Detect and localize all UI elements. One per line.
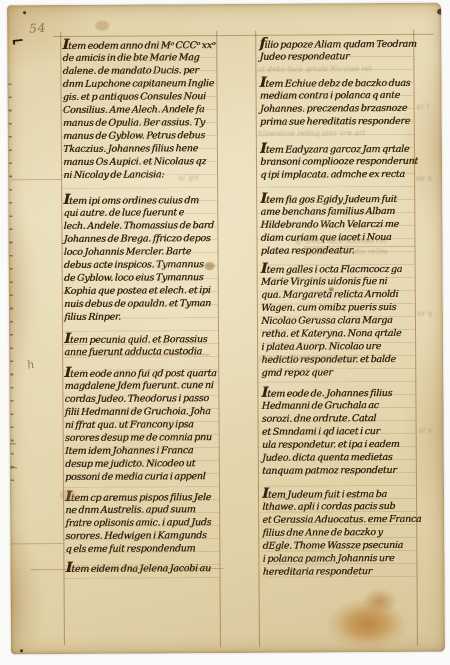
faint-smudge [95,21,109,31]
text-line: Tkaczius. Johannes filius hene [63,142,221,156]
bleedthrough-text: de b [416,175,438,183]
text-line: gmd repoz quer [261,366,417,380]
text-line: retha. et Kateryna. Nona qrtale [261,327,417,341]
text-line: Judeo respondeatur [259,50,415,64]
text-line: Item galles i octa Flacmcocz ga [261,262,417,276]
text-line: sorores. Hedwigen i Kamgunds [65,529,223,543]
manuscript-paragraph: Item eodem anno dni Mᵒ CCCᵒ xxᵒde amicis… [62,38,221,182]
text-line: Item eidem dna Jelena Jacobi au [66,561,224,575]
text-line: sorozi. dne ordrute. Catal [262,412,418,426]
text-line: fratre oplisonis amic. i apud Juds [65,516,223,530]
text-line: gis. et p antiquos Consules Noui [63,90,221,104]
margin-rule-segment [11,179,61,180]
text-line: Item pecunia quid. et Borassius [64,332,222,346]
text-line: nuis debus de opauldn. et Tyman [64,297,222,311]
text-line: Item eode de. Johannes filius [261,386,417,400]
bleedthrough-text: ur q [417,310,439,318]
text-line: Hildebrando Wach Velarczi me [260,218,416,232]
text-line: Wagen. cum omibz pueris suis [261,301,417,315]
text-line: qui autre. de luce fuerunt e [63,206,221,220]
ruling-lines [7,3,441,6]
text-line: possoni de media curia i appenl [65,470,223,484]
text-line: cordas Judeo. Theodorus i passo [64,392,222,406]
text-line: Johannes de Brega. ffriczo depos [63,232,221,246]
text-line: mediam contra i polanca q ante [260,89,416,103]
small-stain [329,287,334,291]
text-line: Item eodem anno dni Mᵒ CCCᵒ xxᵒ [62,38,220,52]
text-line: filio papoze Aliam qudam Teodram [259,37,415,51]
text-line: Item cp aremus pispos filius Jele [65,490,223,504]
text-line: ame benchans familius Albam [260,205,416,219]
text-line: dnm Lupchone capitaneum Inglie [63,77,221,91]
text-line: debus acte inspicos. Tymannus [64,258,222,272]
bleedthrough-text: qz l [416,103,438,111]
text-line: magdalene Jdem fuerunt. cune ni [64,379,222,393]
text-line: Nicolao Gerussa clara Marga [261,314,417,328]
text-line: dalene. de mandato Ducis. per [62,64,220,78]
text-line: lthawe. apli i cordas pacis sub [262,500,418,514]
manuscript-paragraph: Item Judeum fuit i estma balthawe. apli … [262,487,419,579]
bleedthrough-text: ut debz luce qrtale Nicolao rel [257,65,407,74]
left-column: Item eodem anno dni Mᵒ CCCᵒ xxᵒde amicis… [62,38,223,575]
text-line: Johannes. preczendas brzasnoze [260,102,416,116]
text-line: loco Johannis Mercler. Barte [64,245,222,259]
text-line: Kophia que postea et elech. et ipi [64,284,222,298]
pricking-marks [8,83,13,483]
text-line: ni ffrat qua. ut Francony ipsa [65,418,223,432]
bleedthrough-text: quale ure Nldio relim [308,248,414,257]
text-line: Item Judeum fuit i estma ba [262,487,418,501]
manuscript-paragraph: filio papoze Aliam qudam TeodramJudeo re… [259,37,415,64]
text-line: filii Hedmanni de Gruchoia. Joha [65,405,223,419]
text-line: Hedmanni de Gruchala ac [262,399,418,413]
edge-tick [10,443,16,444]
text-line: manus de Gyblow. Petrus debus [63,129,221,143]
bleedthrough-text: hlawnicze relinq alsa ure qrt [258,129,410,138]
faint-smudge [60,489,76,501]
text-line: dEgle. Thome Wassze psecunia [262,539,418,553]
manuscript-paragraph: Item eode de. Johannes filiusHedmanni de… [261,386,418,478]
text-line: et Gerassia Aduocatus. eme Franca [262,513,418,527]
bleedthrough-text: qr Debz luce Nicolao rel [295,237,413,246]
faint-smudge [205,262,215,270]
ink-speck [20,649,23,652]
bleedthrough-layer: ut debz luce qrtale Nicolao relhlawnicze… [7,3,441,6]
text-line: manus de Opulia. Ber assius. Ty [63,116,221,130]
text-line: Item Echiue debz de baczko duas [260,76,416,90]
text-line: et Smndami i qd iacet i cur [262,425,418,439]
text-line: Item fia gos Egidy Judeum fuit [260,192,416,206]
text-line: i polanca pamch Johannis ure [262,552,418,566]
text-line: filius dne Anne de baczko y [262,526,418,540]
text-line: Item Eadyzara garcoz Jam qrtale [260,142,416,156]
corner-speck [437,9,444,15]
text-line: ula respondetur. et ipa i eadem [262,438,418,452]
text-line: i platea Auorp. Nicolao ure [261,340,417,354]
text-line: Item eode anno fui qd post quarta [64,366,222,380]
text-line: Judeo. dicta quenta medietas [262,451,418,465]
text-line: de amicis in die bte Marie Mag [62,51,220,65]
text-line: de Gyblow. loco eius Tymannus [64,271,222,285]
text-line: filius Rinper. [64,310,222,324]
manuscript-paragraph: Item ipi oms ordines cuius dmqui autre. … [63,193,222,324]
manuscript-paragraph: Item Eadyzara garcoz Jam qrtalebransoni … [260,142,416,182]
right-column: filio papoze Aliam qudam TeodramJudeo re… [259,37,418,579]
text-line: desup me judicto. Nicodeo ut [65,457,223,471]
text-line: manus Os Aupici. et Nicolaus qz [63,155,221,169]
text-line: q els eme fuit respondendum [65,542,223,556]
bleedthrough-text: ul qrt [178,174,228,182]
folio-number: 54 [29,21,47,36]
bleedthrough-text: alia ure Nicolao relinq qrt [259,354,409,363]
manuscript-paragraph: Item eode anno fui qd post quartamagdale… [64,366,223,484]
bleedthrough-text: al n [419,427,441,435]
manuscript-paragraph: Item Echiue debz de baczko duasmediam co… [259,76,415,129]
margin-rule-segment [10,543,63,544]
edge-tick [10,467,17,468]
text-line: bransoni compliooze responderunt [260,155,416,169]
text-line: ne dnm Austrelis. apud suum [65,503,223,517]
text-line: Marie Virginis uidonis fue ni [261,275,417,289]
text-line: sorores desup me de comnia pnu [65,431,223,445]
manuscript-paragraph: Item eidem dna Jelena Jacobi au [65,561,223,575]
text-line: hereditaria respondetur [263,565,419,579]
ink-stain-lobe [363,589,397,613]
text-line: anne fuerunt adducta custodia [64,345,222,359]
paragraph-mark-icon: ⌐ [10,32,24,51]
text-line: tanquam patmoz respondetur [262,464,418,478]
manuscript-paragraph: Item pecunia quid. et Borassiusanne fuer… [64,332,222,359]
ink-speck [23,11,26,14]
text-line: lech. Andele. Thomassius de bard [63,219,221,233]
text-line: qua. Margareta relicta Arnoldi [261,288,417,302]
manuscript-page: 54 ⌐ h Item eodem anno dni Mᵒ CCCᵒ xxᵒde… [7,3,445,655]
text-line: Consilius. Ame Alech. Andele fa [63,103,221,117]
text-line: q ipi implacata. admche ex recta [260,168,416,182]
manuscript-paragraph: Item cp aremus pispos filius Jelene dnm … [65,490,223,556]
text-line: Item idem Johannes i Franca [65,444,223,458]
margin-note-mark-icon: h [26,358,36,372]
text-line: prima sue hereditatis respondere [260,115,416,129]
text-line: Item ipi oms ordines cuius dm [63,193,221,207]
